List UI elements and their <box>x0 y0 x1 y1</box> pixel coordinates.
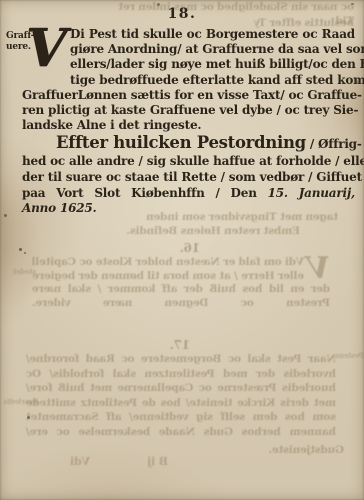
bleedthrough-short-line: Gudstjeniste. <box>258 444 344 458</box>
bleedthrough-mid-line: Embst resten Høiens Befindis. <box>112 225 300 239</box>
bleedthrough-margin-note: stedet <box>2 268 36 276</box>
closing-paragraph: Effter huilcken Pestordning / Øffrig- he… <box>22 131 355 217</box>
bleedthrough-section16-paragraph: V Vdi om fald er Næsten holder Kloste oc… <box>32 256 330 310</box>
ink-speck <box>19 248 22 251</box>
text-line: tige bedrøffuede efterlatte kand aff ste… <box>22 73 355 88</box>
bleedthrough-initial: V <box>304 256 330 282</box>
bleedthrough-text-line: der en lid hos huiß der aff kommer / ska… <box>32 283 330 297</box>
anno-line: Anno 1625. <box>22 201 355 217</box>
ink-speck <box>355 80 358 84</box>
bleedthrough-margin-note: hvorledis <box>4 398 38 406</box>
drop-cap-initial: V <box>22 27 70 73</box>
date-line: paa Vort Slot Kiøbenhffn / Den 15. Janua… <box>22 186 355 202</box>
bleedthrough-section16-number: 16. <box>150 242 230 256</box>
bleedthrough-section17-number: 17. <box>140 339 220 353</box>
date-regular: paa Vort Slot Kiøbenhffn / Den <box>22 186 268 200</box>
bleedthrough-text-line: Vdi om fald er Næsten holder Kloste oc C… <box>32 256 304 270</box>
ink-speck <box>157 3 160 6</box>
text-line: ellers/lader sig nøye met huiß billigt/o… <box>22 57 355 72</box>
text-line: hed oc alle andre / sig skulle haffue at… <box>22 154 355 170</box>
text-line: der til suare oc staae til Rette / som v… <box>22 170 355 186</box>
text-line: Di Pest tid skulle oc Borgemestere oc Ra… <box>22 27 355 42</box>
bleedthrough-text-line: huorledis Præsterne oc Capellanerne met … <box>26 381 336 396</box>
text-line: ren plictig at kaste Graffuene vel dybe … <box>22 103 355 118</box>
scanned-document-page: oc naar sin Skadelighed oc mas inden ret… <box>0 0 364 500</box>
date-italic: 15. Januarij, <box>268 186 355 200</box>
closing-heading-line: Effter huilcken Pestordning / Øffrig- <box>22 131 355 154</box>
bleedthrough-margin-note: Pestens <box>330 352 364 360</box>
ink-speck <box>27 416 30 419</box>
heading-continuation: / Øffrig- <box>306 137 362 151</box>
bleedthrough-signature-mark: B ij <box>132 455 168 469</box>
heading-text: Effter huilcken Pestordning <box>56 133 306 152</box>
bleedthrough-text-line: eller Herre / at som hora til bønnen der… <box>32 270 304 284</box>
ink-speck <box>4 214 7 217</box>
bleedthrough-section17-paragraph: Naar Pest skal oc Borgemestere oc Raad f… <box>26 352 336 440</box>
bleedthrough-text-line: hannem herhos Guds Naade beskermelse oc … <box>26 425 336 440</box>
text-line: GraffuerLønnen sættis for en visse Taxt/… <box>22 88 355 103</box>
bleedthrough-text-line: Presten oc Degnen nære videre. <box>32 297 330 311</box>
bleedthrough-text-line: met deris Kircke tieniste/ hos de Pestil… <box>26 396 336 411</box>
text-line: giøre Anordning/ at Graffuerne da saa ve… <box>22 42 355 57</box>
bleedthrough-catchword: Vdi <box>52 455 90 469</box>
bleedthrough-text-line: Naar Pest skal oc Borgemestere oc Raad f… <box>26 352 336 367</box>
ink-speck <box>351 3 354 5</box>
body-paragraph: V Di Pest tid skulle oc Borgemestere oc … <box>22 27 355 133</box>
bleedthrough-text-line: hvorledis der med Pestilentzen skal forh… <box>26 367 336 382</box>
ink-speck <box>24 252 26 254</box>
bleedthrough-text-line: som hos dem selff sig vedtienne/ aff Sac… <box>26 410 336 425</box>
